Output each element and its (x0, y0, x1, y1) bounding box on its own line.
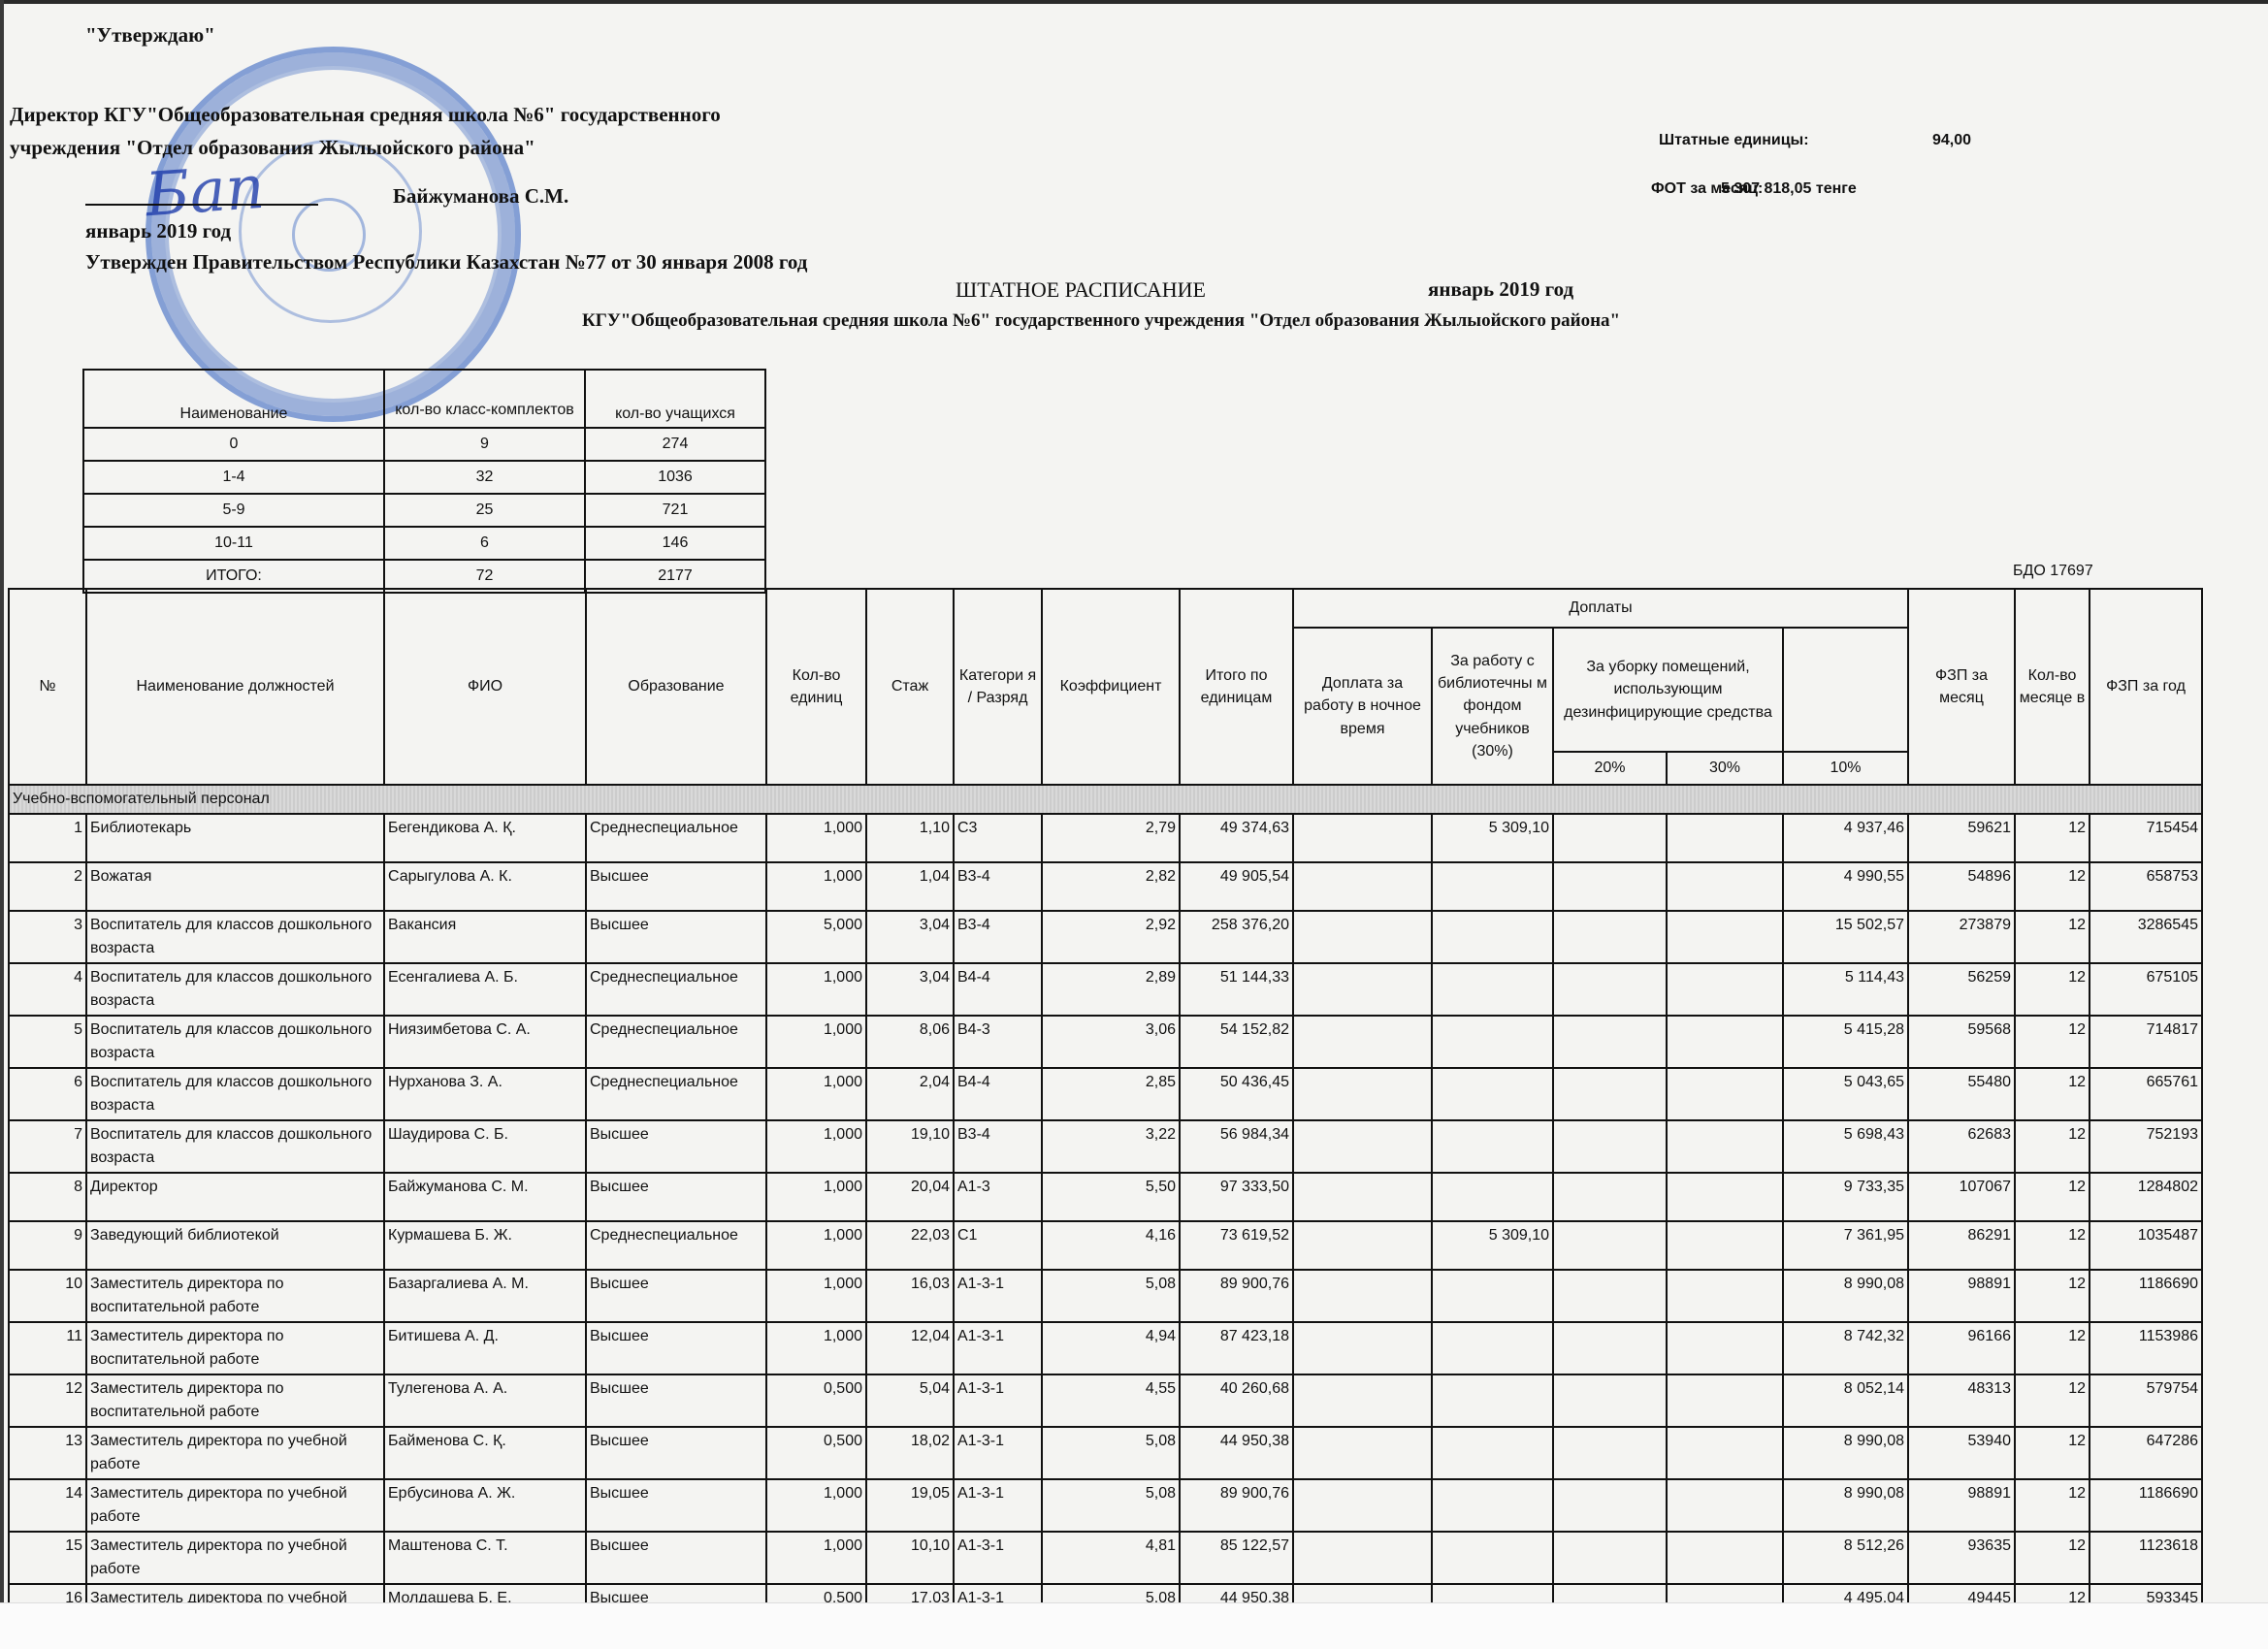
night-allowance (1293, 1270, 1432, 1322)
units: 1,000 (766, 1221, 866, 1270)
category: А1-3 (954, 1173, 1042, 1221)
total-by-units: 49 374,63 (1180, 814, 1293, 862)
allowance-30 (1667, 1221, 1783, 1270)
student-count: 146 (585, 527, 765, 560)
allowance-20 (1553, 1322, 1667, 1374)
units: 1,000 (766, 1016, 866, 1068)
full-name: Нурханова З. А. (384, 1068, 586, 1120)
class-group: 5-9 (83, 494, 384, 527)
total-by-units: 44 950,38 (1180, 1427, 1293, 1479)
education: Высшее (586, 1270, 766, 1322)
category: В3-4 (954, 1120, 1042, 1173)
table-row: 1БиблиотекарьБегендикова А. Қ.Среднеспец… (9, 814, 2202, 862)
approved-by: Утвержден Правительством Республики Каза… (85, 250, 807, 275)
allowance-20 (1553, 1270, 1667, 1322)
classes-table-row: 09274 (83, 428, 765, 461)
coefficient: 4,81 (1042, 1532, 1180, 1584)
row-number: 8 (9, 1173, 86, 1221)
table-row: 11Заместитель директора по воспитательно… (9, 1322, 2202, 1374)
student-count: 1036 (585, 461, 765, 494)
library-allowance (1432, 1068, 1553, 1120)
class-group: 1-4 (83, 461, 384, 494)
months: 12 (2015, 1374, 2090, 1427)
library-allowance (1432, 862, 1553, 911)
total-by-units: 97 333,50 (1180, 1173, 1293, 1221)
units: 1,000 (766, 862, 866, 911)
allowance-30 (1667, 1427, 1783, 1479)
units: 1,000 (766, 963, 866, 1016)
fzp-month: 59621 (1908, 814, 2015, 862)
months: 12 (2015, 1479, 2090, 1532)
coefficient: 4,55 (1042, 1374, 1180, 1427)
position: Заместитель директора по учебной работе (86, 1479, 384, 1532)
row-number: 2 (9, 862, 86, 911)
experience: 8,06 (866, 1016, 954, 1068)
fzp-month: 93635 (1908, 1532, 2015, 1584)
row-number: 13 (9, 1427, 86, 1479)
fzp-month: 53940 (1908, 1427, 2015, 1479)
col-category: Категори я / Разряд (954, 589, 1042, 785)
experience: 18,02 (866, 1427, 954, 1479)
full-name: Ербусинова А. Ж. (384, 1479, 586, 1532)
units: 0,500 (766, 1427, 866, 1479)
classes-table-header: Наименование кол-во класс-комплектов кол… (83, 370, 765, 428)
months: 12 (2015, 963, 2090, 1016)
fzp-year: 1186690 (2090, 1270, 2202, 1322)
col-experience: Стаж (866, 589, 954, 785)
fzp-month: 59568 (1908, 1016, 2015, 1068)
col-pct20: 20% (1553, 752, 1667, 785)
class-count: 25 (384, 494, 585, 527)
coefficient: 2,85 (1042, 1068, 1180, 1120)
position: Воспитатель для классов дошкольного возр… (86, 1120, 384, 1173)
fzp-year: 579754 (2090, 1374, 2202, 1427)
position: Воспитатель для классов дошкольного возр… (86, 911, 384, 963)
fzp-year: 714817 (2090, 1016, 2202, 1068)
fzp-month: 98891 (1908, 1270, 2015, 1322)
units: 1,000 (766, 1322, 866, 1374)
col-blank-allowance (1783, 628, 1908, 752)
experience: 1,04 (866, 862, 954, 911)
coefficient: 5,08 (1042, 1479, 1180, 1532)
night-allowance (1293, 1322, 1432, 1374)
col-months: Кол-во месяце в (2015, 589, 2090, 785)
full-name: Маштенова С. Т. (384, 1532, 586, 1584)
total-by-units: 50 436,45 (1180, 1068, 1293, 1120)
education: Среднеспециальное (586, 814, 766, 862)
units: 1,000 (766, 1479, 866, 1532)
col-total-units: Итого по единицам (1180, 589, 1293, 785)
experience: 20,04 (866, 1173, 954, 1221)
allowance-10: 7 361,95 (1783, 1221, 1908, 1270)
approval-date: январь 2019 год (85, 219, 231, 243)
col-cleaning-allowance: За уборку помещений, использующим дезинф… (1553, 628, 1783, 752)
total-by-units: 85 122,57 (1180, 1532, 1293, 1584)
allowance-10: 4 937,46 (1783, 814, 1908, 862)
row-number: 6 (9, 1068, 86, 1120)
category: А1-3-1 (954, 1374, 1042, 1427)
units: 1,000 (766, 1173, 866, 1221)
position: Заведующий библиотекой (86, 1221, 384, 1270)
signature: Бап (144, 151, 267, 230)
months: 12 (2015, 1173, 2090, 1221)
position: Заместитель директора по учебной работе (86, 1427, 384, 1479)
library-allowance (1432, 1532, 1553, 1584)
experience: 12,04 (866, 1322, 954, 1374)
table-row: 2ВожатаяСарыгулова А. К.Высшее1,0001,04В… (9, 862, 2202, 911)
fzp-year: 647286 (2090, 1427, 2202, 1479)
night-allowance (1293, 1120, 1432, 1173)
full-name: Битишева А. Д. (384, 1322, 586, 1374)
allowance-20 (1553, 963, 1667, 1016)
night-allowance (1293, 1068, 1432, 1120)
table-row: 12Заместитель директора по воспитательно… (9, 1374, 2202, 1427)
allowance-20 (1553, 1120, 1667, 1173)
coefficient: 5,50 (1042, 1173, 1180, 1221)
fzp-month: 98891 (1908, 1479, 2015, 1532)
staff-units-label: Штатные единицы: (1659, 132, 1809, 149)
classes-table-row: 10-116146 (83, 527, 765, 560)
table-row: 14Заместитель директора по учебной работ… (9, 1479, 2202, 1532)
fzp-year: 1035487 (2090, 1221, 2202, 1270)
payroll-value: 5 307 818,05 тенге (1721, 180, 1857, 198)
col-student-count: кол-во учащихся (585, 370, 765, 428)
position: Воспитатель для классов дошкольного возр… (86, 1016, 384, 1068)
education: Высшее (586, 1427, 766, 1479)
category: А1-3-1 (954, 1270, 1042, 1322)
months: 12 (2015, 1120, 2090, 1173)
allowance-20 (1553, 1374, 1667, 1427)
director-line-1: Директор КГУ"Общеобразовательная средняя… (10, 103, 721, 127)
education: Среднеспециальное (586, 1016, 766, 1068)
fzp-year: 1186690 (2090, 1479, 2202, 1532)
education: Высшее (586, 1532, 766, 1584)
student-count: 274 (585, 428, 765, 461)
allowance-20 (1553, 1173, 1667, 1221)
experience: 22,03 (866, 1221, 954, 1270)
position: Вожатая (86, 862, 384, 911)
allowance-30 (1667, 862, 1783, 911)
library-allowance (1432, 1270, 1553, 1322)
library-allowance (1432, 1322, 1553, 1374)
full-name: Курмашева Б. Ж. (384, 1221, 586, 1270)
full-name: Вакансия (384, 911, 586, 963)
row-number: 9 (9, 1221, 86, 1270)
education: Высшее (586, 1173, 766, 1221)
coefficient: 5,08 (1042, 1427, 1180, 1479)
section-label: Учебно-вспомогательный персонал (9, 785, 2202, 814)
coefficient: 4,94 (1042, 1322, 1180, 1374)
col-fzp-year: ФЗП за год (2090, 589, 2202, 785)
position: Воспитатель для классов дошкольного возр… (86, 963, 384, 1016)
fzp-year: 1284802 (2090, 1173, 2202, 1221)
row-number: 4 (9, 963, 86, 1016)
allowance-30 (1667, 1120, 1783, 1173)
position: Заместитель директора по воспитательной … (86, 1374, 384, 1427)
signature-line (85, 204, 318, 206)
table-row: 10Заместитель директора по воспитательно… (9, 1270, 2202, 1322)
category: А1-3-1 (954, 1322, 1042, 1374)
library-allowance: 5 309,10 (1432, 1221, 1553, 1270)
table-row: 6Воспитатель для классов дошкольного воз… (9, 1068, 2202, 1120)
units: 1,000 (766, 1120, 866, 1173)
position: Заместитель директора по воспитательной … (86, 1270, 384, 1322)
total-by-units: 54 152,82 (1180, 1016, 1293, 1068)
experience: 2,04 (866, 1068, 954, 1120)
category: А1-3-1 (954, 1532, 1042, 1584)
allowance-10: 8 742,32 (1783, 1322, 1908, 1374)
night-allowance (1293, 1016, 1432, 1068)
class-group: 10-11 (83, 527, 384, 560)
fzp-month: 273879 (1908, 911, 2015, 963)
col-night-allowance: Доплата за работу в ночное время (1293, 628, 1432, 785)
fzp-year: 715454 (2090, 814, 2202, 862)
allowance-20 (1553, 1068, 1667, 1120)
document-period: январь 2019 год (1428, 277, 1573, 302)
allowance-20 (1553, 814, 1667, 862)
night-allowance (1293, 1173, 1432, 1221)
allowance-10: 9 733,35 (1783, 1173, 1908, 1221)
allowance-10: 5 043,65 (1783, 1068, 1908, 1120)
night-allowance (1293, 1479, 1432, 1532)
col-coefficient: Коэффициент (1042, 589, 1180, 785)
education: Высшее (586, 1120, 766, 1173)
class-count: 9 (384, 428, 585, 461)
months: 12 (2015, 1270, 2090, 1322)
units: 5,000 (766, 911, 866, 963)
classes-table-row: 5-925721 (83, 494, 765, 527)
fzp-month: 62683 (1908, 1120, 2015, 1173)
units: 0,500 (766, 1374, 866, 1427)
fzp-month: 86291 (1908, 1221, 2015, 1270)
fzp-month: 107067 (1908, 1173, 2015, 1221)
table-row: 5Воспитатель для классов дошкольного воз… (9, 1016, 2202, 1068)
allowance-10: 8 990,08 (1783, 1479, 1908, 1532)
row-number: 10 (9, 1270, 86, 1322)
months: 12 (2015, 862, 2090, 911)
months: 12 (2015, 1016, 2090, 1068)
education: Среднеспециальное (586, 963, 766, 1016)
category: В4-4 (954, 1068, 1042, 1120)
fzp-year: 1123618 (2090, 1532, 2202, 1584)
units: 1,000 (766, 814, 866, 862)
classes-table: Наименование кол-во класс-комплектов кол… (82, 369, 766, 594)
allowance-30 (1667, 1374, 1783, 1427)
row-number: 7 (9, 1120, 86, 1173)
library-allowance (1432, 1479, 1553, 1532)
scan-bottom-margin (0, 1602, 2268, 1649)
allowance-10: 8 990,08 (1783, 1270, 1908, 1322)
allowance-20 (1553, 1479, 1667, 1532)
row-number: 11 (9, 1322, 86, 1374)
staff-table: № Наименование должностей ФИО Образовани… (8, 588, 2203, 1637)
col-units: Кол-во единиц (766, 589, 866, 785)
table-row: 7Воспитатель для классов дошкольного воз… (9, 1120, 2202, 1173)
row-number: 3 (9, 911, 86, 963)
organization-name: КГУ"Общеобразовательная средняя школа №6… (582, 310, 1620, 332)
allowance-20 (1553, 862, 1667, 911)
class-count: 32 (384, 461, 585, 494)
experience: 19,10 (866, 1120, 954, 1173)
months: 12 (2015, 911, 2090, 963)
experience: 5,04 (866, 1374, 954, 1427)
row-number: 14 (9, 1479, 86, 1532)
category: С3 (954, 814, 1042, 862)
category: А1-3-1 (954, 1427, 1042, 1479)
fzp-year: 1153986 (2090, 1322, 2202, 1374)
scan-edge (0, 0, 4, 1649)
allowance-30 (1667, 1322, 1783, 1374)
category: В4-3 (954, 1016, 1042, 1068)
category: В4-4 (954, 963, 1042, 1016)
full-name: Байжуманова С. М. (384, 1173, 586, 1221)
months: 12 (2015, 1532, 2090, 1584)
education: Высшее (586, 1374, 766, 1427)
col-pct10: 10% (1783, 752, 1908, 785)
class-group: 0 (83, 428, 384, 461)
director-name: Байжуманова С.М. (393, 184, 568, 209)
night-allowance (1293, 814, 1432, 862)
allowance-30 (1667, 1479, 1783, 1532)
units: 1,000 (766, 1270, 866, 1322)
library-allowance: 5 309,10 (1432, 814, 1553, 862)
table-row: 9Заведующий библиотекойКурмашева Б. Ж.Ср… (9, 1221, 2202, 1270)
fzp-year: 675105 (2090, 963, 2202, 1016)
fzp-month: 55480 (1908, 1068, 2015, 1120)
coefficient: 3,06 (1042, 1016, 1180, 1068)
full-name: Бегендикова А. Қ. (384, 814, 586, 862)
months: 12 (2015, 814, 2090, 862)
full-name: Сарыгулова А. К. (384, 862, 586, 911)
allowance-30 (1667, 911, 1783, 963)
category: В3-4 (954, 911, 1042, 963)
coefficient: 4,16 (1042, 1221, 1180, 1270)
full-name: Базаргалиева А. М. (384, 1270, 586, 1322)
section-row: Учебно-вспомогательный персонал (9, 785, 2202, 814)
allowance-10: 5 415,28 (1783, 1016, 1908, 1068)
position: Директор (86, 1173, 384, 1221)
experience: 3,04 (866, 911, 954, 963)
row-number: 1 (9, 814, 86, 862)
document-title: ШТАТНОЕ РАСПИСАНИЕ (956, 277, 1206, 303)
allowance-30 (1667, 814, 1783, 862)
full-name: Есенгалиева А. Б. (384, 963, 586, 1016)
education: Высшее (586, 911, 766, 963)
coefficient: 3,22 (1042, 1120, 1180, 1173)
education: Среднеспециальное (586, 1068, 766, 1120)
coefficient: 2,89 (1042, 963, 1180, 1016)
night-allowance (1293, 963, 1432, 1016)
allowance-10: 5 114,43 (1783, 963, 1908, 1016)
staff-units-value: 94,00 (1932, 132, 1971, 149)
allowance-10: 5 698,43 (1783, 1120, 1908, 1173)
classes-table-row: 1-4321036 (83, 461, 765, 494)
position: Заместитель директора по воспитательной … (86, 1322, 384, 1374)
months: 12 (2015, 1068, 2090, 1120)
col-fzp-month: ФЗП за месяц (1908, 589, 2015, 785)
fzp-month: 54896 (1908, 862, 2015, 911)
education: Высшее (586, 1479, 766, 1532)
library-allowance (1432, 911, 1553, 963)
col-education: Образование (586, 589, 766, 785)
col-library-allowance: За работу с библиотечны м фондом учебник… (1432, 628, 1553, 785)
coefficient: 2,79 (1042, 814, 1180, 862)
coefficient: 5,08 (1042, 1270, 1180, 1322)
allowance-30 (1667, 1016, 1783, 1068)
fzp-month: 56259 (1908, 963, 2015, 1016)
experience: 1,10 (866, 814, 954, 862)
fzp-month: 96166 (1908, 1322, 2015, 1374)
allowance-20 (1553, 1427, 1667, 1479)
row-number: 5 (9, 1016, 86, 1068)
row-number: 12 (9, 1374, 86, 1427)
allowance-20 (1553, 1016, 1667, 1068)
total-by-units: 40 260,68 (1180, 1374, 1293, 1427)
full-name: Ниязимбетова С. А. (384, 1016, 586, 1068)
experience: 16,03 (866, 1270, 954, 1322)
allowance-10: 15 502,57 (1783, 911, 1908, 963)
fzp-year: 665761 (2090, 1068, 2202, 1120)
table-row: 15Заместитель директора по учебной работ… (9, 1532, 2202, 1584)
col-allowances: Доплаты (1293, 589, 1908, 628)
col-position: Наименование должностей (86, 589, 384, 785)
library-allowance (1432, 1173, 1553, 1221)
total-by-units: 89 900,76 (1180, 1270, 1293, 1322)
library-allowance (1432, 1120, 1553, 1173)
allowance-30 (1667, 963, 1783, 1016)
total-by-units: 87 423,18 (1180, 1322, 1293, 1374)
col-name: Наименование (83, 370, 384, 428)
allowance-20 (1553, 1532, 1667, 1584)
fzp-month: 48313 (1908, 1374, 2015, 1427)
position: Воспитатель для классов дошкольного возр… (86, 1068, 384, 1120)
approve-label: "Утверждаю" (85, 23, 215, 48)
experience: 3,04 (866, 963, 954, 1016)
col-name: ФИО (384, 589, 586, 785)
position: Заместитель директора по учебной работе (86, 1532, 384, 1584)
category: В3-4 (954, 862, 1042, 911)
library-allowance (1432, 1016, 1553, 1068)
coefficient: 2,92 (1042, 911, 1180, 963)
total-by-units: 73 619,52 (1180, 1221, 1293, 1270)
table-row: 4Воспитатель для классов дошкольного воз… (9, 963, 2202, 1016)
allowance-30 (1667, 1270, 1783, 1322)
allowance-10: 8 512,26 (1783, 1532, 1908, 1584)
experience: 10,10 (866, 1532, 954, 1584)
allowance-10: 4 990,55 (1783, 862, 1908, 911)
education: Высшее (586, 1322, 766, 1374)
night-allowance (1293, 911, 1432, 963)
allowance-30 (1667, 1532, 1783, 1584)
fzp-year: 3286545 (2090, 911, 2202, 963)
document-code: БДО 17697 (2013, 563, 2093, 580)
allowance-20 (1553, 911, 1667, 963)
scan-edge (0, 0, 2268, 4)
units: 1,000 (766, 1068, 866, 1120)
total-by-units: 89 900,76 (1180, 1479, 1293, 1532)
total-by-units: 56 984,34 (1180, 1120, 1293, 1173)
library-allowance (1432, 1374, 1553, 1427)
full-name: Тулегенова А. А. (384, 1374, 586, 1427)
coefficient: 2,82 (1042, 862, 1180, 911)
student-count: 721 (585, 494, 765, 527)
experience: 19,05 (866, 1479, 954, 1532)
position: Библиотекарь (86, 814, 384, 862)
night-allowance (1293, 1221, 1432, 1270)
months: 12 (2015, 1427, 2090, 1479)
library-allowance (1432, 963, 1553, 1016)
allowance-10: 8 990,08 (1783, 1427, 1908, 1479)
